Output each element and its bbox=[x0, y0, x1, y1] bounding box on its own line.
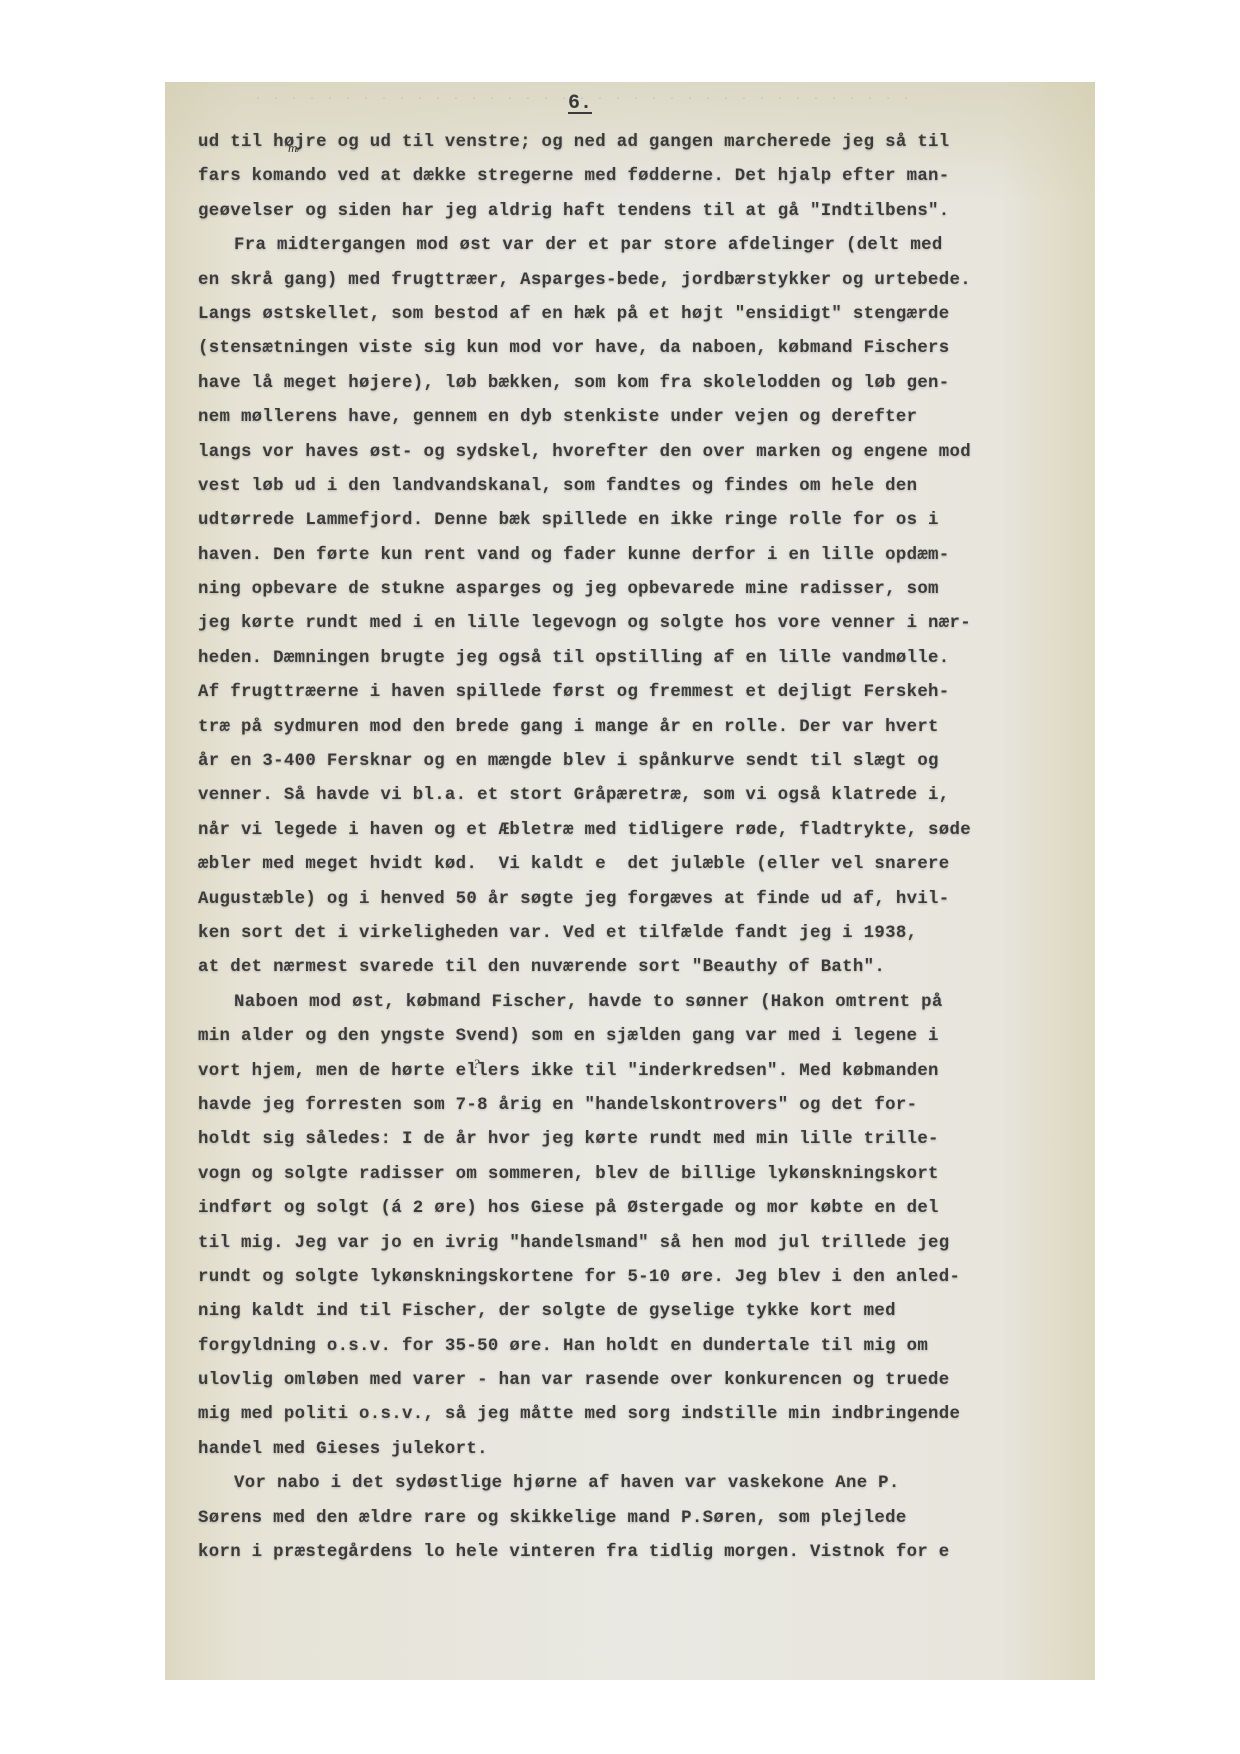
text-line: Vor nabo i det sydøstlige hjørne af have… bbox=[198, 1467, 1098, 1501]
text-line: ken sort det i virkeligheden var. Ved et… bbox=[198, 917, 1098, 951]
text-line: holdt sig således: I de år hvor jeg kørt… bbox=[198, 1123, 1098, 1157]
text-line: min alder og den yngste Svend) som en sj… bbox=[198, 1020, 1098, 1054]
text-line: en skrå gang) med frugttræer, Asparges-b… bbox=[198, 264, 1098, 298]
text-line: langs vor haves øst- og sydskel, hvoreft… bbox=[198, 436, 1098, 470]
text-line: mig med politi o.s.v., så jeg måtte med … bbox=[198, 1398, 1098, 1432]
text-line: rundt og solgte lykønskningskortene for … bbox=[198, 1261, 1098, 1295]
text-line: geøvelser og siden har jeg aldrig haft t… bbox=[198, 195, 1098, 229]
text-line: korn i præstegårdens lo hele vinteren fr… bbox=[198, 1536, 1098, 1570]
text-line: heden. Dæmningen brugte jeg også til ops… bbox=[198, 642, 1098, 676]
text-line: ulovlig omløben med varer - han var rase… bbox=[198, 1364, 1098, 1398]
text-line: træ på sydmuren mod den brede gang i man… bbox=[198, 711, 1098, 745]
text-line: Sørens med den ældre rare og skikkelige … bbox=[198, 1502, 1098, 1536]
text-line: haven. Den førte kun rent vand og fader … bbox=[198, 539, 1098, 573]
text-line: Fra midtergangen mod øst var der et par … bbox=[198, 229, 1098, 263]
text-line: æbler med meget hvidt kød. Vi kaldt e de… bbox=[198, 848, 1098, 882]
text-line: til mig. Jeg var jo en ivrig "handelsman… bbox=[198, 1227, 1098, 1261]
text-line: handel med Gieses julekort. bbox=[198, 1433, 1098, 1467]
text-line: ud til højre og ud til venstre; og ned a… bbox=[198, 126, 1098, 160]
text-line: (stensætningen viste sig kun mod vor hav… bbox=[198, 332, 1098, 366]
text-line: når vi legede i haven og et Æbletræ med … bbox=[198, 814, 1098, 848]
text-line: nem møllerens have, gennem en dyb stenki… bbox=[198, 401, 1098, 435]
text-line: vort hjem, men de hørte ellers ikke til … bbox=[198, 1055, 1098, 1089]
text-line: venner. Så havde vi bl.a. et stort Gråpæ… bbox=[198, 779, 1098, 813]
text-line: år en 3-400 Fersknar og en mængde blev i… bbox=[198, 745, 1098, 779]
page-number: 6. bbox=[568, 92, 592, 115]
text-line: at det nærmest svarede til den nuværende… bbox=[198, 951, 1098, 985]
header-dotted-line: . . . . . . . . . . . . . . . . . . . . … bbox=[255, 92, 1075, 102]
text-line: vogn og solgte radisser om sommeren, ble… bbox=[198, 1158, 1098, 1192]
text-line: Langs østskellet, som bestod af en hæk p… bbox=[198, 298, 1098, 332]
text-line: ning kaldt ind til Fischer, der solgte d… bbox=[198, 1295, 1098, 1329]
text-line: Augustæble) og i henved 50 år søgte jeg … bbox=[198, 883, 1098, 917]
text-line: udtørrede Lammefjord. Denne bæk spillede… bbox=[198, 504, 1098, 538]
text-line: vest løb ud i den landvandskanal, som fa… bbox=[198, 470, 1098, 504]
text-line: forgyldning o.s.v. for 35-50 øre. Han ho… bbox=[198, 1330, 1098, 1364]
text-line: ning opbevare de stukne asparges og jeg … bbox=[198, 573, 1098, 607]
text-line: Af frugttræerne i haven spillede først o… bbox=[198, 676, 1098, 710]
text-line: indført og solgt (á 2 øre) hos Giese på … bbox=[198, 1192, 1098, 1226]
text-line: have lå meget højere), løb bækken, som k… bbox=[198, 367, 1098, 401]
text-line: jeg kørte rundt med i en lille legevogn … bbox=[198, 607, 1098, 641]
text-line: Naboen mod øst, købmand Fischer, havde t… bbox=[198, 986, 1098, 1020]
text-line: havde jeg forresten som 7-8 årig en "han… bbox=[198, 1089, 1098, 1123]
body-text: ud til højre og ud til venstre; og ned a… bbox=[198, 126, 1098, 1570]
text-line: fars komando ved at dække stregerne med … bbox=[198, 160, 1098, 194]
